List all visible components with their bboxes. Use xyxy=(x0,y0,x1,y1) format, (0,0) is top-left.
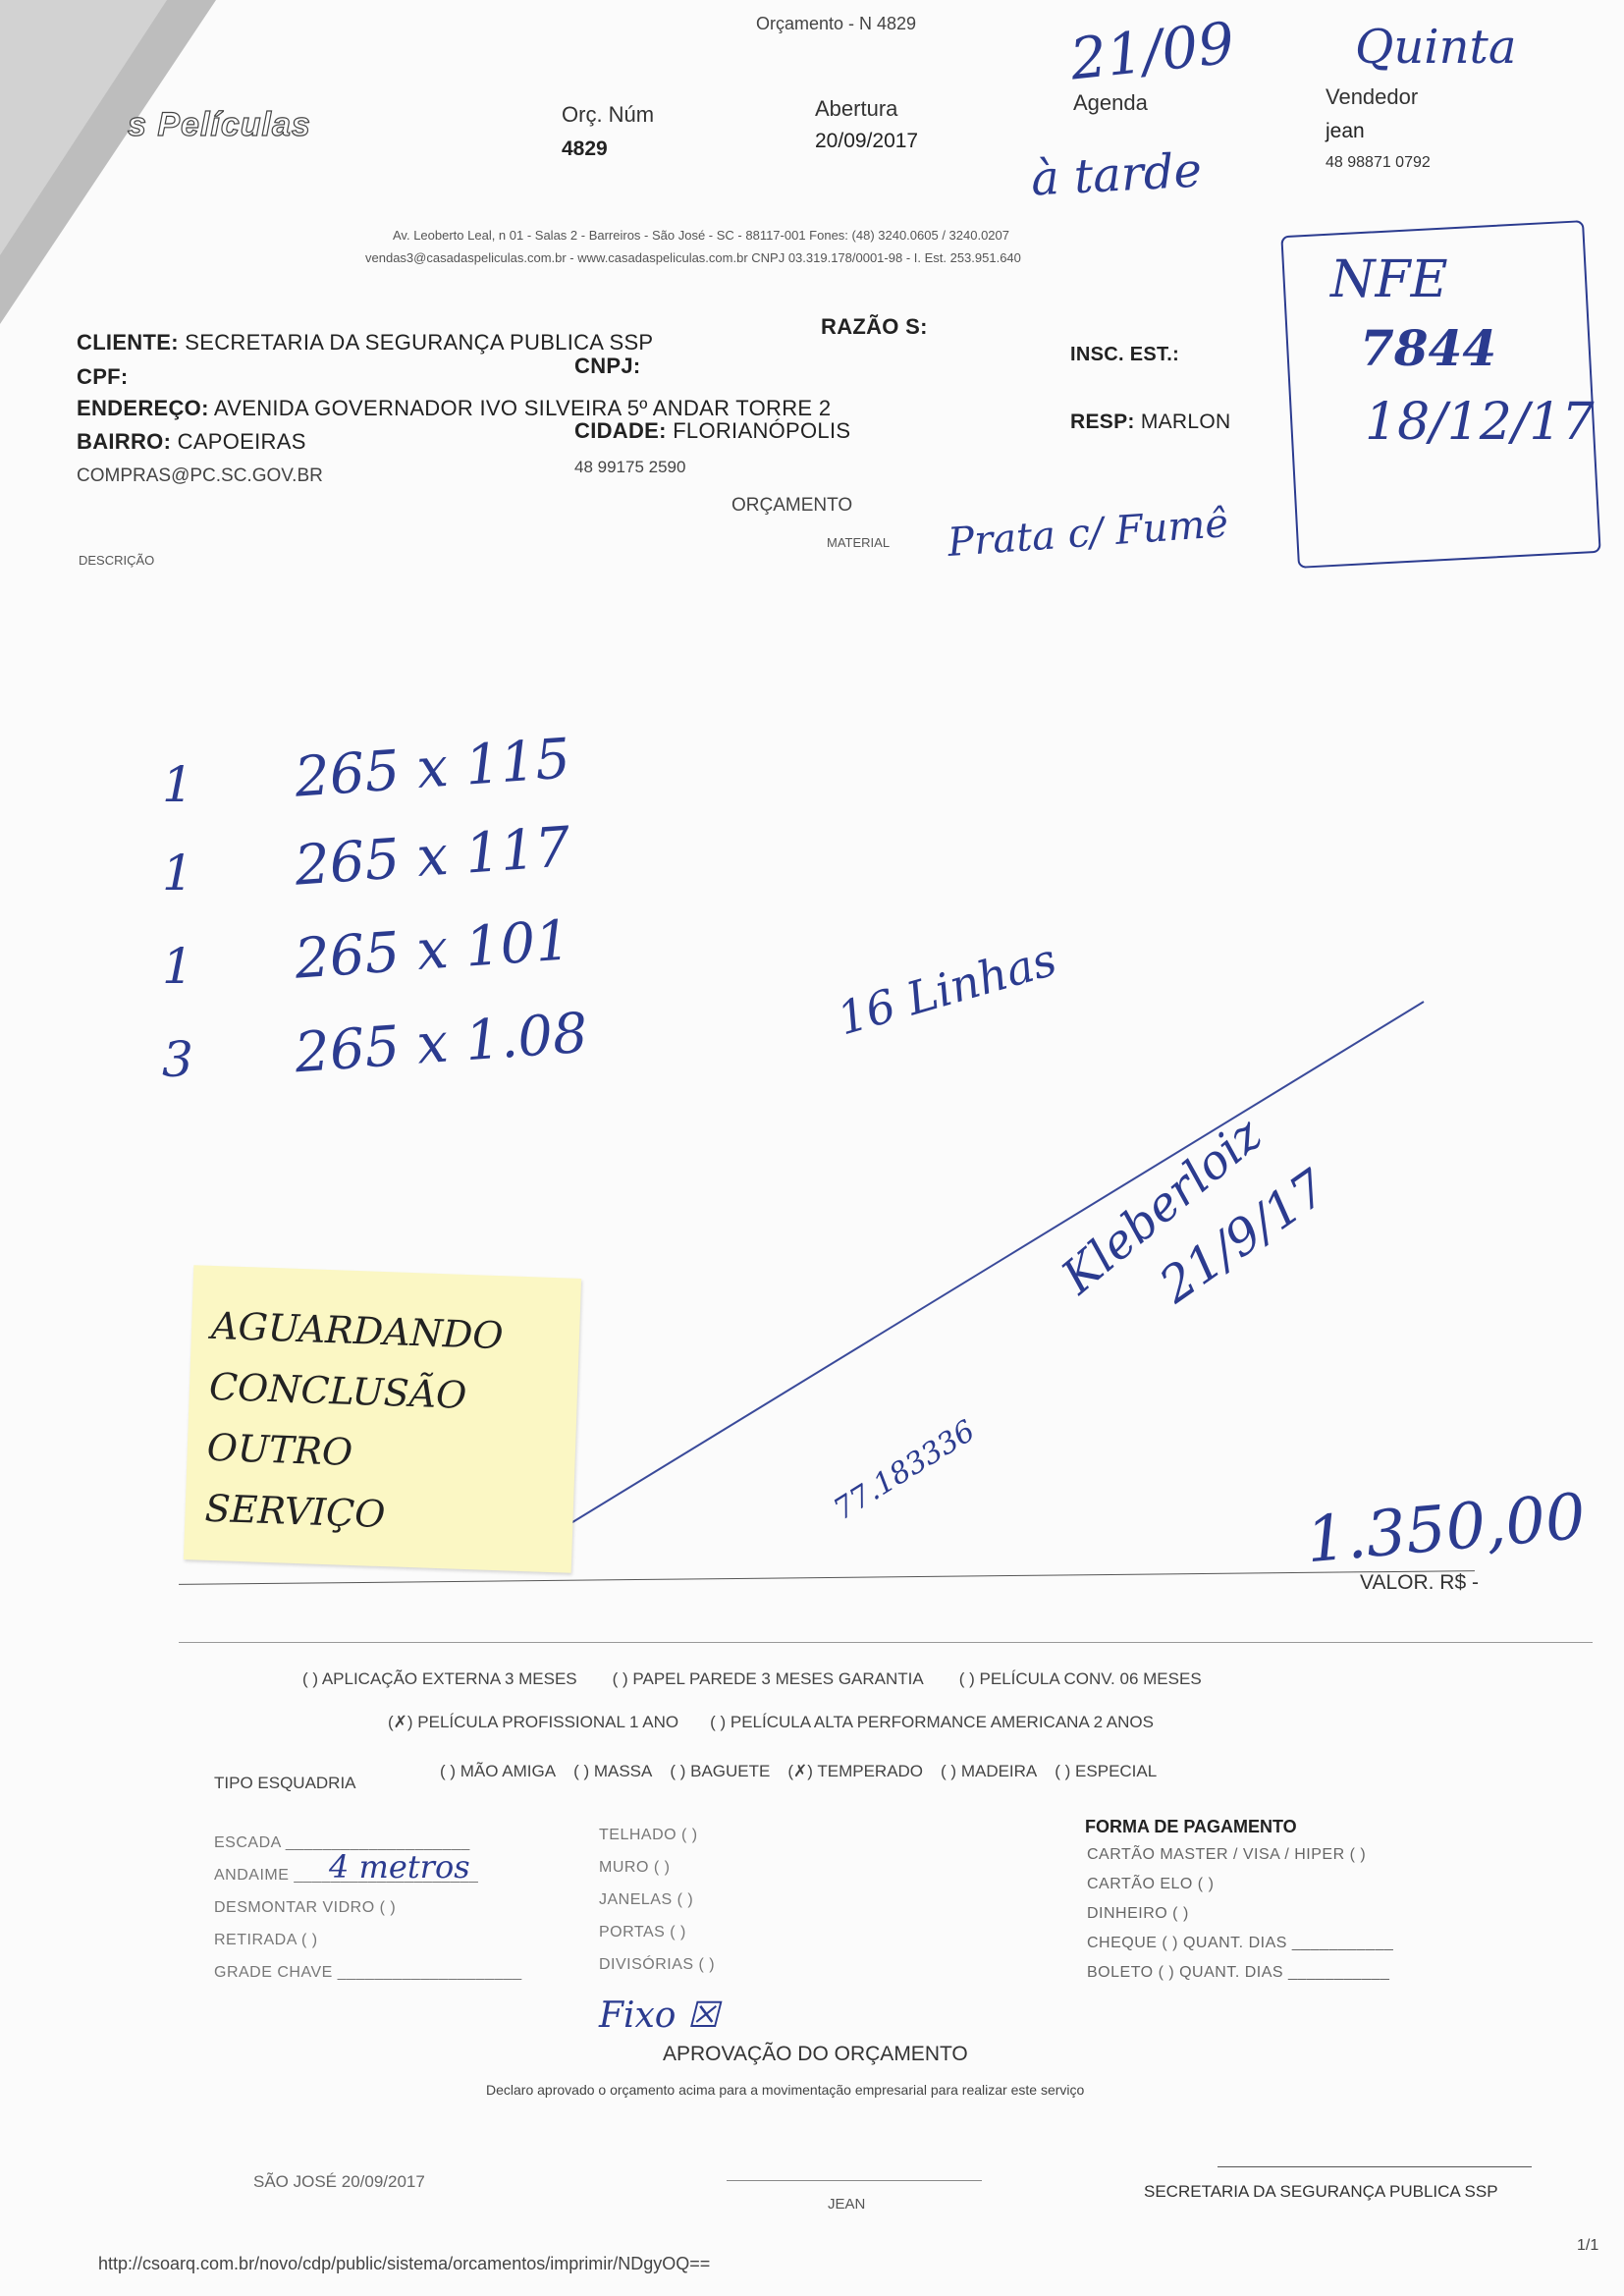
options-row-2: (✗) PELÍCULA PROFISSIONAL 1 ANO( ) PELÍC… xyxy=(388,1713,1185,1732)
handwritten-andaime: 4 metros xyxy=(329,1848,470,1886)
abertura-label: Abertura xyxy=(815,96,897,122)
orcamento-label: ORÇAMENTO xyxy=(731,495,852,517)
bairro-field: BAIRRO: CAPOEIRAS xyxy=(77,429,306,455)
sticky-note: AGUARDANDOCONCLUSÃOOUTROSERVIÇO xyxy=(184,1265,581,1573)
client-email: COMPRAS@PC.SC.GOV.BR xyxy=(77,465,323,487)
payment-option-4[interactable]: BOLETO ( ) QUANT. DIAS ___________ xyxy=(1087,1964,1389,1982)
abertura-value: 20/09/2017 xyxy=(815,130,918,153)
handwritten-material: Prata c/ Fumê xyxy=(947,501,1230,566)
handwritten-total: 1.350,00 xyxy=(1303,1481,1588,1578)
handwritten-period: à tarde xyxy=(1030,142,1204,206)
service-field-4[interactable]: GRADE CHAVE ____________________ xyxy=(214,1964,522,1982)
tipo-esquadria-label: TIPO ESQUADRIA xyxy=(214,1774,356,1793)
cliente-label: CLIENTE: xyxy=(77,330,179,355)
service-field-mid-3[interactable]: PORTAS ( ) xyxy=(599,1924,686,1941)
handwritten-fixo: Fixo ☒ xyxy=(599,1995,719,2036)
payment-option-0[interactable]: CARTÃO MASTER / VISA / HIPER ( ) xyxy=(1087,1846,1366,1864)
handwritten-weekday: Quinta xyxy=(1355,20,1516,75)
payment-option-2[interactable]: DINHEIRO ( ) xyxy=(1087,1905,1189,1923)
cidade-field: CIDADE: FLORIANÓPOLIS xyxy=(574,418,850,444)
handwritten-lines-note: 16 Linhas xyxy=(832,933,1062,1046)
cpf-label: CPF: xyxy=(77,364,129,390)
handwritten-nfe-date: 18/12/17 xyxy=(1365,393,1595,452)
payment-option-1[interactable]: CARTÃO ELO ( ) xyxy=(1087,1876,1214,1893)
options-row-1: ( ) APLICAÇÃO EXTERNA 3 MESES( ) PAPEL P… xyxy=(302,1669,1237,1689)
checkbox-option[interactable]: ( ) MADEIRA xyxy=(941,1762,1037,1780)
endereco-label: ENDEREÇO: xyxy=(77,396,209,420)
checkbox-option[interactable]: ( ) MÃO AMIGA xyxy=(440,1762,556,1780)
item-qty: 3 xyxy=(162,1031,193,1088)
handwritten-nfe-number: 7844 xyxy=(1360,319,1496,377)
item-qty: 1 xyxy=(162,938,193,995)
service-field-3[interactable]: RETIRADA ( ) xyxy=(214,1932,318,1949)
item-size: 265 x 117 xyxy=(293,815,572,898)
checkbox-option[interactable]: ( ) APLICAÇÃO EXTERNA 3 MESES xyxy=(302,1669,577,1688)
footer-url: http://csoarq.com.br/novo/cdp/public/sis… xyxy=(98,2254,710,2274)
endereco-value: AVENIDA GOVERNADOR IVO SILVEIRA 5º ANDAR… xyxy=(214,396,831,420)
item-size: 265 x 101 xyxy=(293,908,572,991)
checkbox-option[interactable]: ( ) ESPECIAL xyxy=(1055,1762,1157,1780)
checkbox-option[interactable]: ( ) PELÍCULA CONV. 06 MESES xyxy=(959,1669,1202,1688)
orc-num-value: 4829 xyxy=(562,137,608,161)
item-qty: 1 xyxy=(162,756,193,813)
service-field-mid-1[interactable]: MURO ( ) xyxy=(599,1859,670,1877)
company-logo: s Películas xyxy=(128,106,311,144)
company-contact: vendas3@casadaspeliculas.com.br - www.ca… xyxy=(365,250,1021,265)
page-number: 1/1 xyxy=(1577,2237,1598,2255)
handwritten-code: 77.183336 xyxy=(828,1414,981,1528)
company-address: Av. Leoberto Leal, n 01 - Salas 2 - Barr… xyxy=(393,228,1009,243)
signature-line-right xyxy=(1218,2166,1532,2167)
payment-title: FORMA DE PAGAMENTO xyxy=(1085,1817,1297,1837)
cliente-value: SECRETARIA DA SEGURANÇA PUBLICA SSP xyxy=(185,330,653,355)
sticky-line: SERVIÇO xyxy=(204,1478,555,1551)
tipo-esquadria-options: ( ) MÃO AMIGA( ) MASSA( ) BAGUETE(✗) TEM… xyxy=(440,1762,1174,1781)
descricao-label: DESCRIÇÃO xyxy=(79,553,154,568)
signer-left: JEAN xyxy=(828,2196,865,2213)
item-size: 265 x 1.08 xyxy=(293,1002,590,1086)
cnpj-label: CNPJ: xyxy=(574,354,641,379)
item-qty: 1 xyxy=(162,845,193,902)
client-phone: 48 99175 2590 xyxy=(574,458,685,477)
section-divider xyxy=(179,1642,1593,1643)
material-label: MATERIAL xyxy=(827,535,890,550)
handwritten-agenda-date: 21/09 xyxy=(1067,9,1237,92)
service-field-mid-2[interactable]: JANELAS ( ) xyxy=(599,1891,693,1909)
resp-field: RESP: MARLON xyxy=(1070,410,1230,434)
item-size: 265 x 115 xyxy=(293,727,572,809)
service-field-mid-4[interactable]: DIVISÓRIAS ( ) xyxy=(599,1956,715,1974)
service-field-2[interactable]: DESMONTAR VIDRO ( ) xyxy=(214,1899,396,1917)
resp-value: MARLON xyxy=(1141,410,1231,433)
approval-title: APROVAÇÃO DO ORÇAMENTO xyxy=(663,2043,968,2066)
insc-est-label: INSC. EST.: xyxy=(1070,344,1179,366)
checkbox-option[interactable]: (✗) PELÍCULA PROFISSIONAL 1 ANO xyxy=(388,1713,678,1731)
handwritten-nfe-label: NFE xyxy=(1330,250,1448,309)
checkbox-option[interactable]: ( ) PELÍCULA ALTA PERFORMANCE AMERICANA … xyxy=(710,1713,1154,1731)
vendedor-name: jean xyxy=(1326,120,1365,143)
cidade-value: FLORIANÓPOLIS xyxy=(673,418,850,443)
approval-statement: Declaro aprovado o orçamento acima para … xyxy=(486,2082,1084,2098)
signature-line-left xyxy=(727,2180,982,2181)
cidade-label: CIDADE: xyxy=(574,418,667,443)
checkbox-option[interactable]: ( ) BAGUETE xyxy=(670,1762,770,1780)
razao-label: RAZÃO S: xyxy=(821,314,928,340)
cliente-field: CLIENTE: SECRETARIA DA SEGURANÇA PUBLICA… xyxy=(77,330,653,355)
place-date: SÃO JOSÉ 20/09/2017 xyxy=(253,2172,425,2192)
valor-label: VALOR. R$ - xyxy=(1360,1571,1479,1595)
payment-option-3[interactable]: CHEQUE ( ) QUANT. DIAS ___________ xyxy=(1087,1935,1393,1952)
vendedor-phone: 48 98871 0792 xyxy=(1326,154,1431,172)
orc-num-label: Orç. Núm xyxy=(562,102,654,128)
signer-right: SECRETARIA DA SEGURANÇA PUBLICA SSP xyxy=(1144,2182,1498,2202)
document-title: Orçamento - N 4829 xyxy=(756,14,916,34)
agenda-label: Agenda xyxy=(1073,90,1148,116)
resp-label: RESP: xyxy=(1070,410,1135,433)
sticky-note-text: AGUARDANDOCONCLUSÃOOUTROSERVIÇO xyxy=(184,1265,582,1581)
checkbox-option[interactable]: (✗) TEMPERADO xyxy=(787,1762,923,1780)
checkbox-option[interactable]: ( ) MASSA xyxy=(573,1762,652,1780)
bairro-value: CAPOEIRAS xyxy=(178,429,306,454)
service-field-mid-0[interactable]: TELHADO ( ) xyxy=(599,1827,698,1844)
bairro-label: BAIRRO: xyxy=(77,429,171,454)
checkbox-option[interactable]: ( ) PAPEL PAREDE 3 MESES GARANTIA xyxy=(613,1669,924,1688)
vendedor-label: Vendedor xyxy=(1326,84,1418,110)
